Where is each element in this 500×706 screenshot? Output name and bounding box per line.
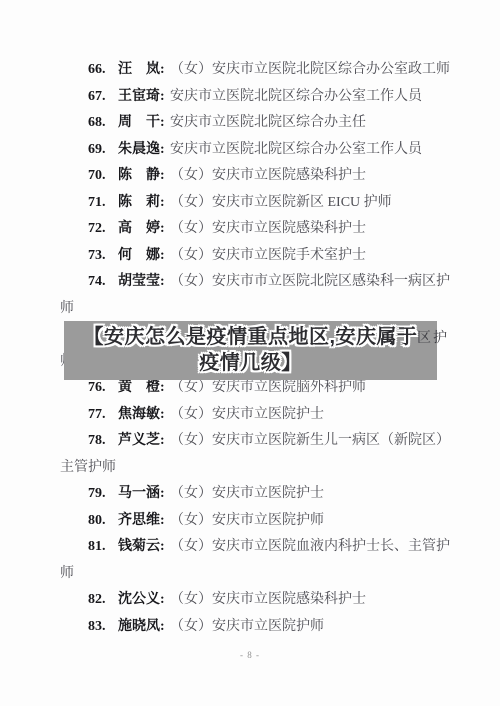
person-name: 周 干:: [118, 110, 170, 137]
person-title: （女）安庆市立医院感染科护士: [170, 168, 366, 183]
list-item: 66.汪 岚:（女）安庆市立医院北院区综合办公室政工师: [60, 57, 460, 84]
person-title: （女）安庆市立医院手术室护士: [170, 248, 366, 263]
person-title: （女）安庆市市立医院北院区感染科一病区护: [170, 274, 450, 289]
person-title: （女）安庆市立医院护士: [170, 486, 324, 501]
person-name: 齐思维:: [118, 508, 170, 535]
person-name: 高 婷:: [118, 216, 170, 243]
row-number: 70.: [88, 163, 118, 190]
overlay-title: 【安庆怎么是疫情重点地区,安庆属于 疫情几级】: [64, 324, 437, 376]
person-title: （女）安庆市立医院脑外科护师: [170, 380, 366, 395]
overlay-title-line2: 疫情几级】: [64, 350, 437, 376]
row-number: 68.: [88, 110, 118, 137]
overlay-title-line1: 【安庆怎么是疫情重点地区,安庆属于: [64, 324, 437, 350]
list-item: 69.朱晨逸:安庆市立医院北院区综合办公室工作人员: [60, 137, 460, 164]
list-item: 73.何 娜:（女）安庆市立医院手术室护士: [60, 243, 460, 270]
row-number: 67.: [88, 84, 118, 111]
row-number: 78.: [88, 428, 118, 455]
person-name: 朱晨逸:: [118, 137, 170, 164]
person-name: 汪 岚:: [118, 57, 170, 84]
personnel-list: 66.汪 岚:（女）安庆市立医院北院区综合办公室政工师 67.王宦琦:安庆市立医…: [0, 0, 500, 640]
list-item: 83.施晓凤:（女）安庆市立医院护师: [60, 614, 460, 641]
covered-row-fragment: 区护: [417, 327, 449, 347]
person-name: 芦义芝:: [118, 428, 170, 455]
row-number: 83.: [88, 614, 118, 641]
person-title: （女）安庆市立医院感染科护士: [170, 221, 366, 236]
person-name: 马一涵:: [118, 481, 170, 508]
list-item: 72.高 婷:（女）安庆市立医院感染科护士: [60, 216, 460, 243]
list-item: 78.芦义芝:（女）安庆市立医院新生儿一病区（新院区）: [60, 428, 460, 455]
person-title: （女）安庆市立医院新区 EICU 护师: [170, 195, 392, 210]
person-title: （女）安庆市立医院护师: [170, 619, 324, 634]
list-item: 82.沈公义:（女）安庆市立医院感染科护士: [60, 587, 460, 614]
person-name: 王宦琦:: [118, 84, 170, 111]
person-title-wrap: 主管护师: [60, 460, 116, 475]
row-number: 82.: [88, 587, 118, 614]
person-title: 安庆市立医院北院区综合办公室工作人员: [170, 142, 422, 157]
page-number: - 8 -: [0, 650, 500, 660]
list-item-wrap: 师: [60, 296, 460, 323]
document-page: 66.汪 岚:（女）安庆市立医院北院区综合办公室政工师 67.王宦琦:安庆市立医…: [0, 0, 500, 706]
person-title: （女）安庆市立医院护师: [170, 513, 324, 528]
row-number: 77.: [88, 402, 118, 429]
person-name: 施晓凤:: [118, 614, 170, 641]
list-item-wrap: 主管护师: [60, 455, 460, 482]
list-item: 70.陈 静:（女）安庆市立医院感染科护士: [60, 163, 460, 190]
person-name: 何 娜:: [118, 243, 170, 270]
person-name: 焦海敏:: [118, 402, 170, 429]
list-item: 79.马一涵:（女）安庆市立医院护士: [60, 481, 460, 508]
row-number: 72.: [88, 216, 118, 243]
list-item: 71.陈 莉:（女）安庆市立医院新区 EICU 护师: [60, 190, 460, 217]
person-title: （女）安庆市立医院北院区综合办公室政工师: [170, 62, 450, 77]
person-title: （女）安庆市立医院新生儿一病区（新院区）: [170, 433, 450, 448]
row-number: 71.: [88, 190, 118, 217]
row-number: 74.: [88, 269, 118, 296]
list-item: 81.钱菊云:（女）安庆市立医院血液内科护士长、主管护: [60, 534, 460, 561]
row-number: 69.: [88, 137, 118, 164]
person-title: 安庆市立医院北院区综合办主任: [170, 115, 366, 130]
row-number: 80.: [88, 508, 118, 535]
overlay-banner: 【安庆怎么是疫情重点地区,安庆属于 疫情几级】: [64, 321, 437, 380]
person-name: 陈 莉:: [118, 190, 170, 217]
list-item: 77.焦海敏:（女）安庆市立医院护士: [60, 402, 460, 429]
row-number: 66.: [88, 57, 118, 84]
person-title-wrap: 师: [60, 301, 74, 316]
person-title-wrap: 师: [60, 566, 74, 581]
list-item: 74.胡莹莹:（女）安庆市市立医院北院区感染科一病区护: [60, 269, 460, 296]
person-name: 沈公义:: [118, 587, 170, 614]
person-name: 陈 静:: [118, 163, 170, 190]
list-item: 67.王宦琦:安庆市立医院北院区综合办公室工作人员: [60, 84, 460, 111]
row-number: 73.: [88, 243, 118, 270]
list-item: 68.周 干:安庆市立医院北院区综合办主任: [60, 110, 460, 137]
list-item: 80.齐思维:（女）安庆市立医院护师: [60, 508, 460, 535]
list-item-wrap: 师: [60, 561, 460, 588]
row-number: 79.: [88, 481, 118, 508]
person-title: （女）安庆市立医院血液内科护士长、主管护: [170, 539, 450, 554]
person-name: 钱菊云:: [118, 534, 170, 561]
row-number: 81.: [88, 534, 118, 561]
person-title: （女）安庆市立医院护士: [170, 407, 324, 422]
person-title: （女）安庆市立医院感染科护士: [170, 592, 366, 607]
person-name: 胡莹莹:: [118, 269, 170, 296]
person-title: 安庆市立医院北院区综合办公室工作人员: [170, 89, 422, 104]
